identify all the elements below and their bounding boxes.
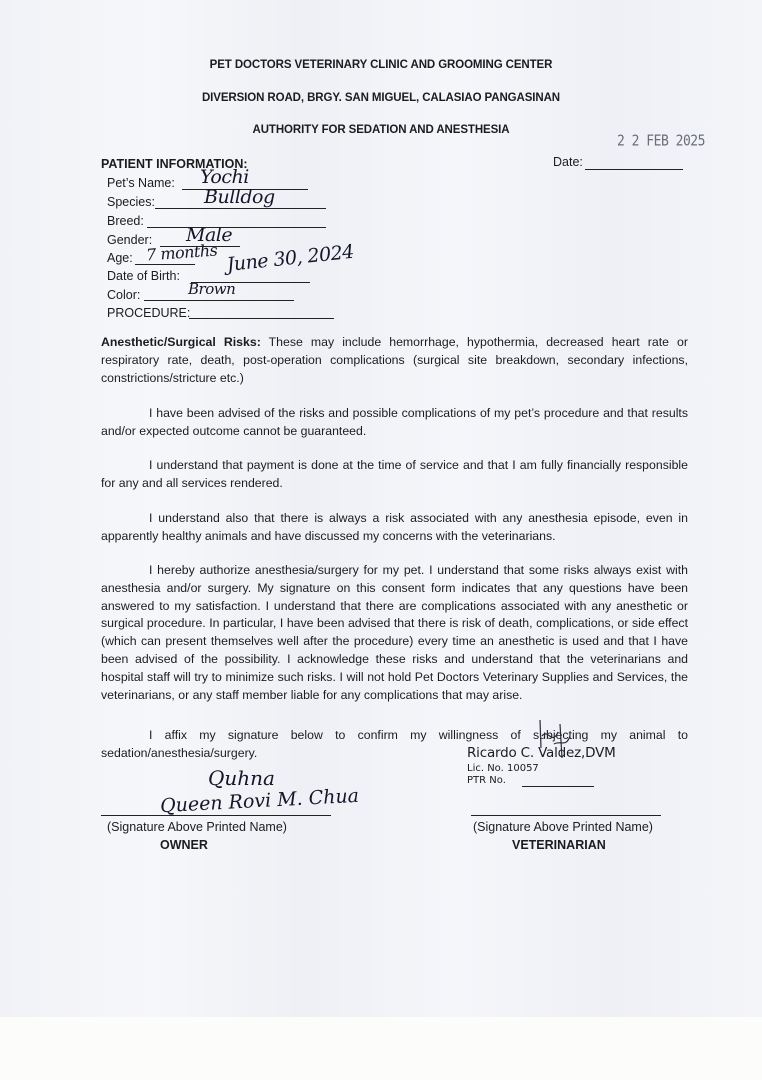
consent-paragraph-4: I hereby authorize anesthesia/surgery fo… xyxy=(101,562,688,704)
owner-signature-line[interactable] xyxy=(101,815,331,816)
color-label: Color: xyxy=(107,288,140,302)
date-of-birth-label: Date of Birth: xyxy=(107,269,180,283)
pet-name-value: Yochi xyxy=(200,166,249,188)
ptr-field[interactable] xyxy=(522,786,594,787)
scan-bottom-margin xyxy=(0,1017,762,1080)
date-stamp: 2 2 FEB 2025 xyxy=(617,133,705,150)
date-field-line[interactable] xyxy=(585,169,683,170)
color-field[interactable] xyxy=(144,300,294,301)
risks-heading: Anesthetic/Surgical Risks: xyxy=(101,335,261,349)
consent-paragraph-3: I understand also that there is always a… xyxy=(101,510,688,546)
consent-paragraph-1: I have been advised of the risks and pos… xyxy=(101,405,688,441)
ptr-label: PTR No. xyxy=(467,775,506,786)
breed-label: Breed: xyxy=(107,214,144,228)
breed-field[interactable] xyxy=(147,227,326,228)
risks-paragraph: Anesthetic/Surgical Risks: These may inc… xyxy=(101,334,688,387)
date-label: Date: xyxy=(553,155,583,169)
document-page xyxy=(0,0,762,1017)
consent-paragraph-2: I understand that payment is done at the… xyxy=(101,457,688,493)
species-value: Bulldog xyxy=(204,186,275,208)
procedure-label: PROCEDURE: xyxy=(107,306,190,320)
clinic-name: PET DOCTORS VETERINARY CLINIC AND GROOMI… xyxy=(0,59,762,71)
procedure-field[interactable] xyxy=(189,318,334,319)
color-value: Brown xyxy=(188,280,235,298)
owner-signature-initials: Quhna xyxy=(208,766,275,790)
species-label: Species: xyxy=(107,195,155,209)
pet-name-label: Pet’s Name: xyxy=(107,176,175,190)
veterinarian-signature-line[interactable] xyxy=(471,815,661,816)
species-field[interactable] xyxy=(155,208,326,209)
clinic-address: DIVERSION ROAD, BRGY. SAN MIGUEL, CALASI… xyxy=(0,92,762,104)
age-label: Age: xyxy=(107,251,133,265)
veterinarian-license: Lic. No. 10057 xyxy=(467,763,539,774)
owner-signature-caption: (Signature Above Printed Name) xyxy=(107,820,287,834)
veterinarian-signature-caption: (Signature Above Printed Name) xyxy=(473,820,653,834)
owner-role: OWNER xyxy=(160,838,208,852)
veterinarian-role: VETERINARIAN xyxy=(512,838,606,852)
veterinarian-signature xyxy=(530,718,580,768)
age-field[interactable] xyxy=(135,264,195,265)
